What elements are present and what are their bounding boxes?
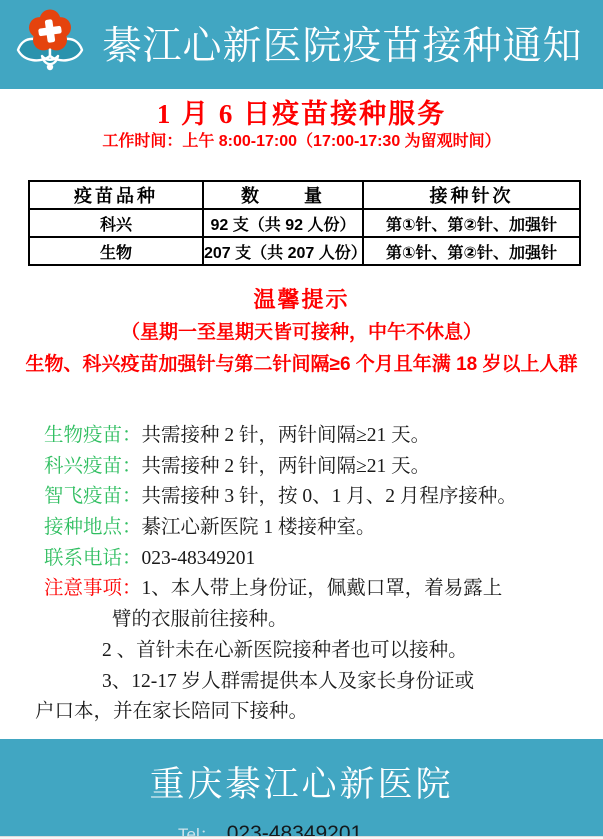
table-header-row: 疫苗品种 数 量 接种针次 — [29, 181, 580, 209]
cell-dose: 第①针、第②针、加强针 — [363, 209, 580, 237]
item-label: 科兴疫苗： — [44, 456, 142, 477]
item-text: 3、12-17 岁人群需提供本人及家长身份证或 — [102, 671, 474, 692]
footer-band: 重庆綦江心新医院 Tel：023-48349201 — [0, 739, 603, 839]
cell-quantity: 92 支（共 92 人份） — [203, 209, 363, 237]
tips-line-booster: 生物、科兴疫苗加强针与第二针间隔≥6 个月且年满 18 岁以上人群 — [0, 349, 603, 376]
cell-variety: 科兴 — [29, 209, 203, 237]
list-item-note3: 3、12-17 岁人群需提供本人及家长身份证或 — [44, 667, 589, 698]
col-header-quantity: 数 量 — [203, 181, 363, 209]
list-item-location: 接种地点：綦江心新医院 1 楼接种室。 — [44, 513, 589, 544]
item-label: 接种地点： — [44, 517, 142, 538]
list-item-phone: 联系电话：023-48349201 — [44, 544, 589, 575]
list-item-sinovac: 科兴疫苗：共需接种 2 针，两针间隔≥21 天。 — [44, 452, 589, 483]
item-text: 臂的衣服前往接种。 — [112, 609, 288, 630]
list-item-notes-cont: 臂的衣服前往接种。 — [44, 605, 589, 636]
item-text: 共需接种 3 针，按 0、1 月、2 月程序接种。 — [142, 486, 517, 507]
item-text: 共需接种 2 针，两针间隔≥21 天。 — [142, 425, 431, 446]
vaccine-table: 疫苗品种 数 量 接种针次 科兴 92 支（共 92 人份） 第①针、第②针、加… — [28, 180, 581, 266]
info-list: 生物疫苗：共需接种 2 针，两针间隔≥21 天。 科兴疫苗：共需接种 2 针，两… — [44, 421, 589, 728]
item-label: 智飞疫苗： — [44, 486, 142, 507]
hospital-flower-logo-icon — [13, 5, 89, 77]
item-text: 023-48349201 — [142, 548, 256, 569]
vaccine-notice-page: 綦江心新医院疫苗接种通知 1 月 6 日疫苗接种服务 工作时间：上午 8:00-… — [0, 0, 603, 839]
service-hours: 工作时间：上午 8:00-17:00（17:00-17:30 为留观时间） — [0, 128, 603, 151]
list-item-note2: 2 、首针未在心新医院接种者也可以接种。 — [44, 636, 589, 667]
item-label: 注意事项： — [44, 578, 142, 599]
table-row: 生物 207 支（共 207 人份） 第①针、第②针、加强针 — [29, 237, 580, 265]
footer-hospital-name: 重庆綦江心新医院 — [0, 757, 603, 807]
item-text: 户口本，并在家长陪同下接种。 — [35, 701, 308, 722]
list-item-notes: 注意事项：1、本人带上身份证，佩戴口罩，着易露上 — [44, 574, 589, 605]
cell-dose: 第①针、第②针、加强针 — [363, 237, 580, 265]
cell-quantity: 207 支（共 207 人份） — [203, 237, 363, 265]
item-label: 联系电话： — [44, 548, 142, 569]
list-item-biotech: 生物疫苗：共需接种 2 针，两针间隔≥21 天。 — [44, 421, 589, 452]
service-title: 1 月 6 日疫苗接种服务 — [0, 92, 603, 131]
header-band: 綦江心新医院疫苗接种通知 — [0, 0, 603, 89]
item-label: 生物疫苗： — [44, 425, 142, 446]
tips-line-schedule: （星期一至星期天皆可接种，中午不休息） — [0, 317, 603, 344]
item-text: 2 、首针未在心新医院接种者也可以接种。 — [102, 640, 468, 661]
table-row: 科兴 92 支（共 92 人份） 第①针、第②针、加强针 — [29, 209, 580, 237]
item-text: 綦江心新医院 1 楼接种室。 — [142, 517, 376, 538]
list-item-note3-cont: 户口本，并在家长陪同下接种。 — [35, 697, 589, 728]
item-text: 1、本人带上身份证，佩戴口罩，着易露上 — [142, 578, 503, 599]
page-title: 綦江心新医院疫苗接种通知 — [90, 0, 595, 86]
tips-title: 温馨提示 — [0, 283, 603, 314]
cell-variety: 生物 — [29, 237, 203, 265]
col-header-variety: 疫苗品种 — [29, 181, 203, 209]
list-item-zhifei: 智飞疫苗：共需接种 3 针，按 0、1 月、2 月程序接种。 — [44, 482, 589, 513]
col-header-dose: 接种针次 — [363, 181, 580, 209]
item-text: 共需接种 2 针，两针间隔≥21 天。 — [142, 456, 431, 477]
logo-bud — [47, 64, 53, 70]
